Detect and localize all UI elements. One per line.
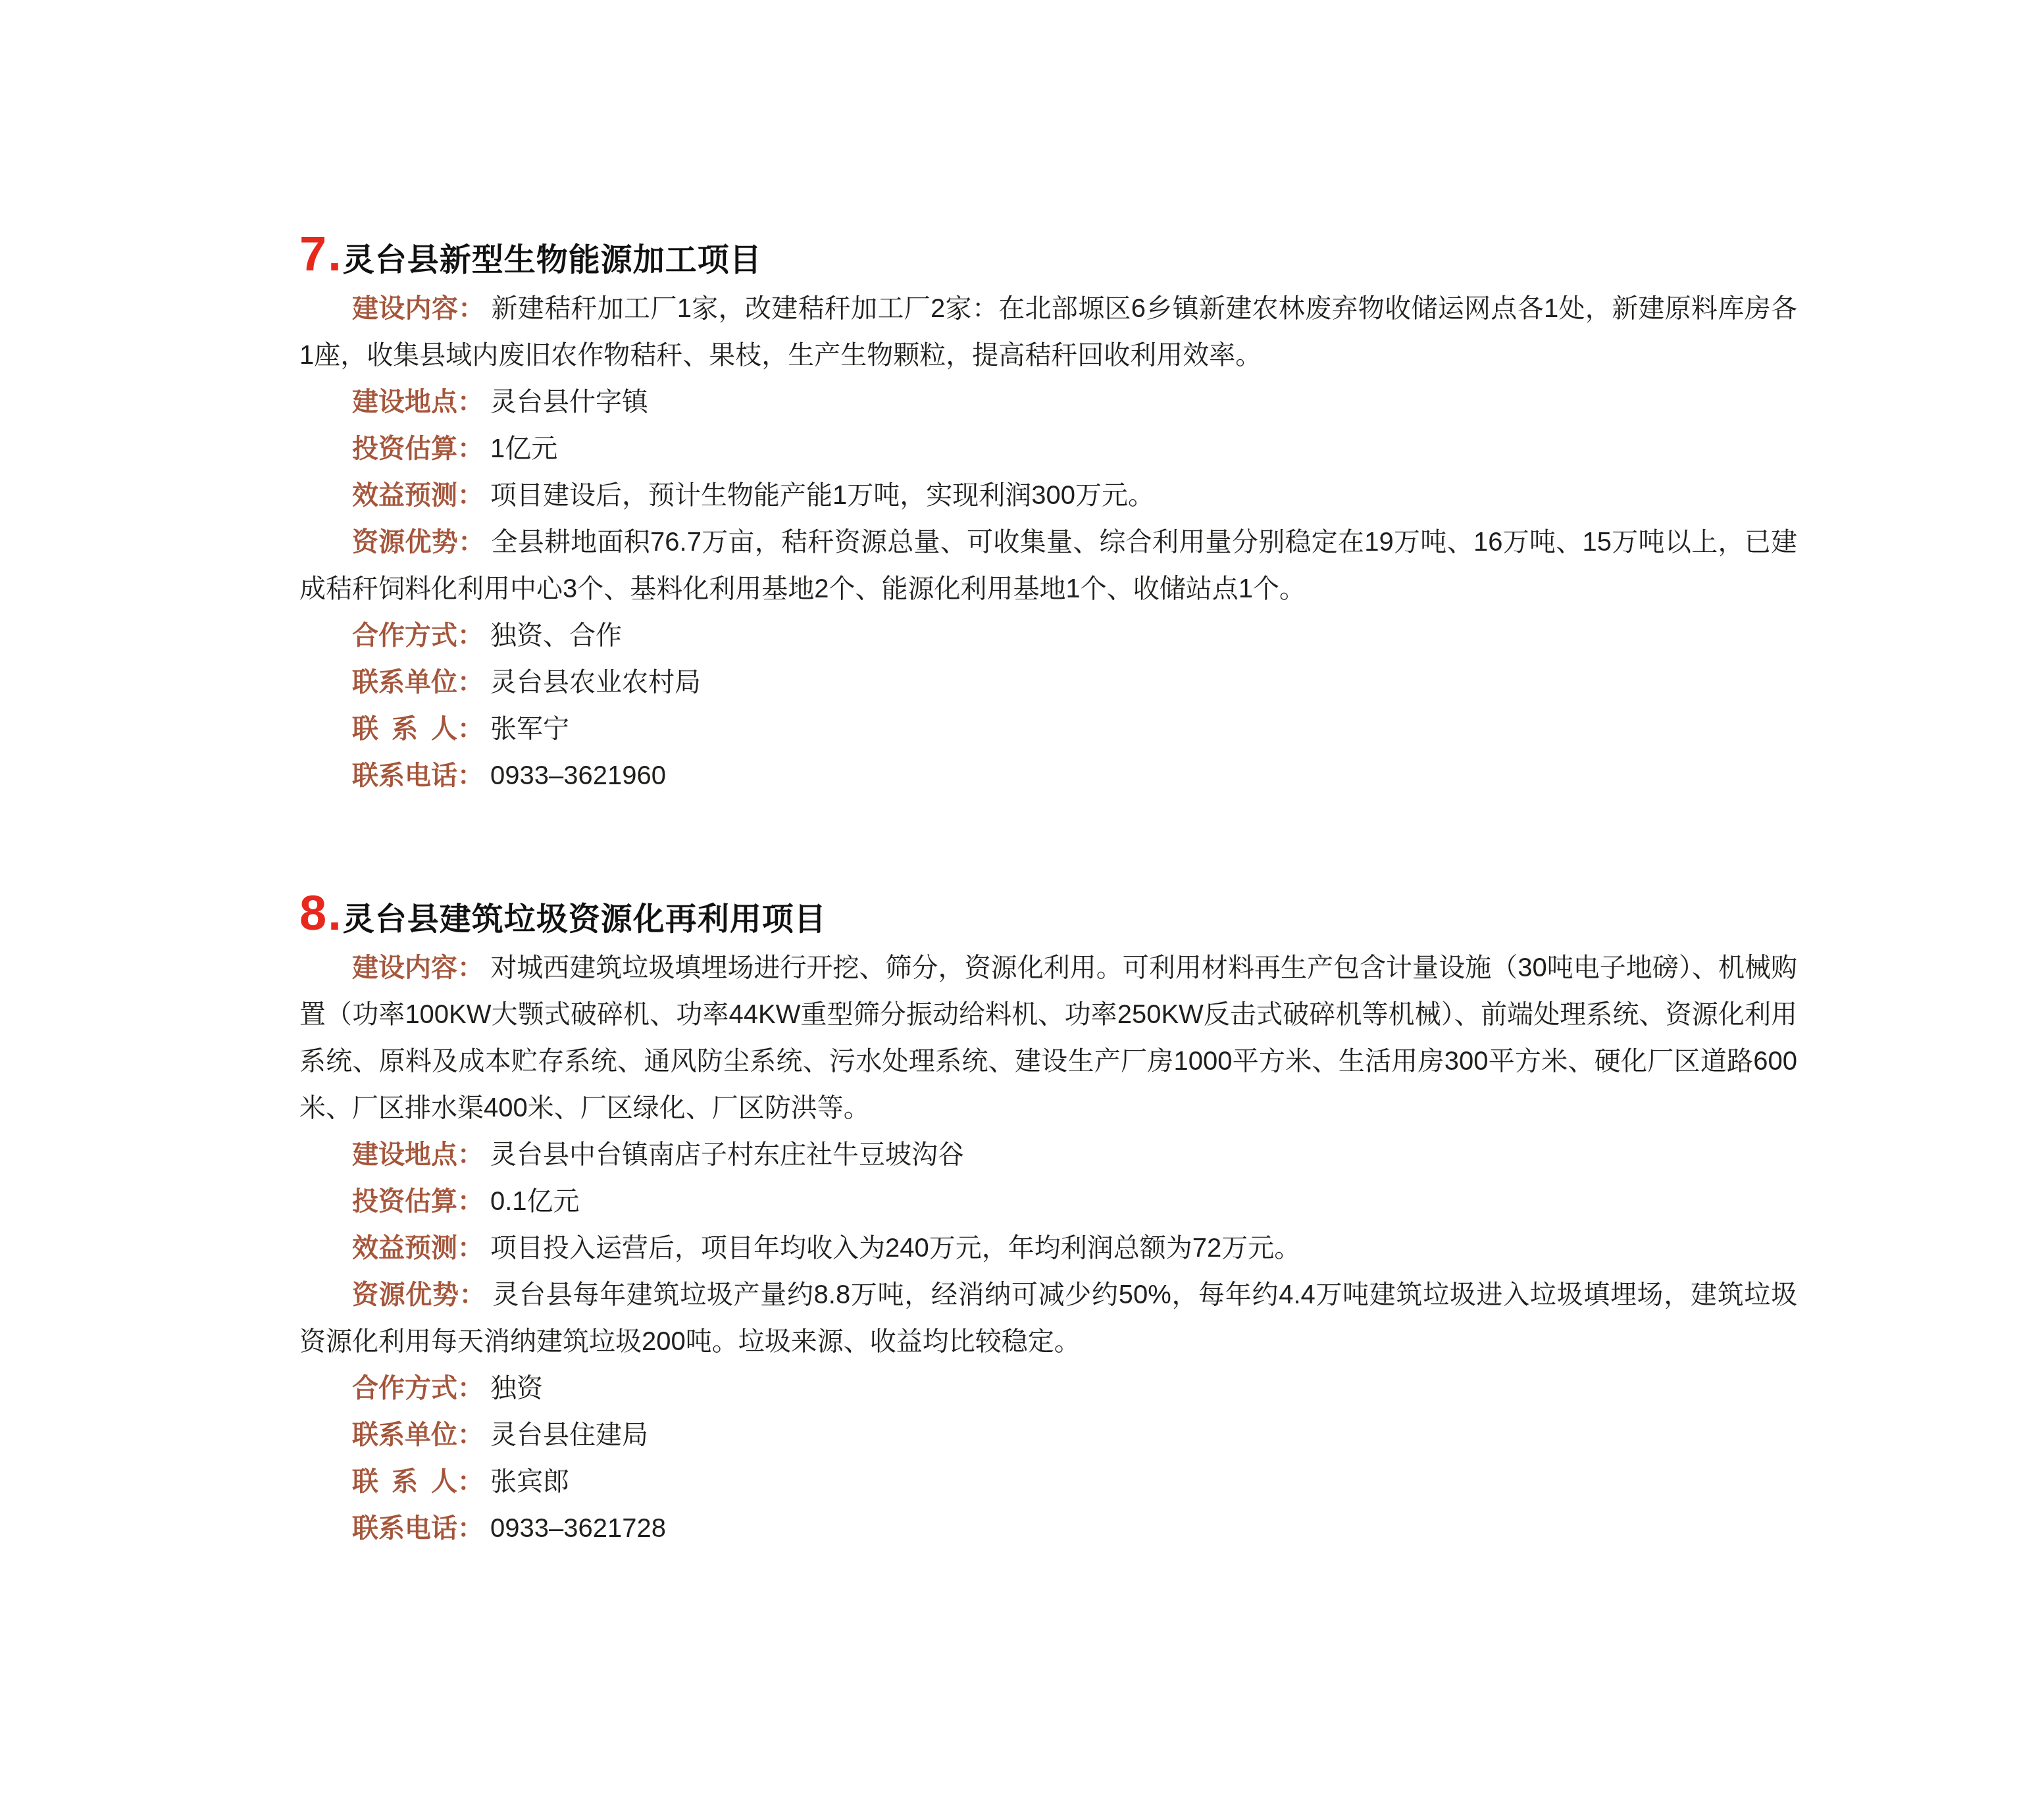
field-text: 灵台县农业农村局 bbox=[490, 668, 701, 697]
section-number: 8. bbox=[299, 886, 343, 940]
field-label: 资源优势： bbox=[352, 1280, 486, 1309]
project-section-7: 7.灵台县新型生物能源加工项目 建设内容：新建秸秆加工厂1家，改建秸秆加工厂2家… bbox=[299, 222, 1797, 799]
field-text: 独资 bbox=[490, 1374, 543, 1403]
field-label: 建设内容： bbox=[352, 953, 484, 982]
field-paragraph: 合作方式：独资 bbox=[299, 1365, 1797, 1412]
field-paragraph: 投资估算：0.1亿元 bbox=[299, 1178, 1797, 1225]
field-paragraph: 联系电话：0933–3621960 bbox=[299, 753, 1797, 799]
field-paragraph: 联 系 人：张军宁 bbox=[299, 706, 1797, 753]
field-text: 全县耕地面积76.7万亩，秸秆资源总量、可收集量、综合利用量分别稳定在19万吨、… bbox=[299, 528, 1797, 603]
field-paragraph: 资源优势：灵台县每年建筑垃圾产量约8.8万吨，经消纳可减少约50%，每年约4.4… bbox=[299, 1272, 1797, 1365]
field-label: 效益预测： bbox=[352, 1234, 484, 1263]
section-fields: 建设内容：新建秸秆加工厂1家，改建秸秆加工厂2家：在北部塬区6乡镇新建农林废弃物… bbox=[299, 286, 1797, 799]
project-section-8: 8.灵台县建筑垃圾资源化再利用项目 建设内容：对城西建筑垃圾填埋场进行开挖、筛分… bbox=[299, 882, 1797, 1552]
field-text: 项目建设后，预计生物能产能1万吨，实现利润300万元。 bbox=[490, 481, 1154, 510]
field-text: 张宾郎 bbox=[490, 1467, 569, 1496]
field-paragraph: 建设内容：对城西建筑垃圾填埋场进行开挖、筛分，资源化利用。可利用材料再生产包含计… bbox=[299, 945, 1797, 1132]
field-label: 联 系 人： bbox=[352, 1467, 484, 1496]
field-label: 建设地点： bbox=[352, 1140, 484, 1169]
field-paragraph: 合作方式：独资、合作 bbox=[299, 613, 1797, 659]
field-label: 联系单位： bbox=[352, 668, 484, 697]
field-text: 灵台县什字镇 bbox=[490, 388, 648, 416]
section-title: 灵台县新型生物能源加工项目 bbox=[343, 243, 762, 278]
field-label: 资源优势： bbox=[352, 528, 484, 557]
field-label: 联系单位： bbox=[352, 1421, 484, 1449]
section-heading: 7.灵台县新型生物能源加工项目 bbox=[299, 222, 1797, 286]
section-heading: 8.灵台县建筑垃圾资源化再利用项目 bbox=[299, 882, 1797, 945]
field-text: 独资、合作 bbox=[490, 621, 622, 650]
document-page: 7.灵台县新型生物能源加工项目 建设内容：新建秸秆加工厂1家，改建秸秆加工厂2家… bbox=[0, 0, 2044, 1812]
section-number: 7. bbox=[299, 226, 343, 281]
field-label: 合作方式： bbox=[352, 621, 484, 650]
field-label: 联系电话： bbox=[352, 1514, 484, 1543]
field-text: 0933–3621728 bbox=[490, 1514, 666, 1543]
field-paragraph: 建设内容：新建秸秆加工厂1家，改建秸秆加工厂2家：在北部塬区6乡镇新建农林废弃物… bbox=[299, 286, 1797, 379]
field-label: 建设地点： bbox=[352, 388, 484, 416]
section-title: 灵台县建筑垃圾资源化再利用项目 bbox=[343, 902, 827, 937]
field-text: 0933–3621960 bbox=[490, 761, 666, 790]
section-fields: 建设内容：对城西建筑垃圾填埋场进行开挖、筛分，资源化利用。可利用材料再生产包含计… bbox=[299, 945, 1797, 1552]
field-paragraph: 建设地点：灵台县中台镇南店子村东庄社牛豆坡沟谷 bbox=[299, 1132, 1797, 1178]
field-paragraph: 效益预测：项目建设后，预计生物能产能1万吨，实现利润300万元。 bbox=[299, 472, 1797, 519]
field-paragraph: 效益预测：项目投入运营后，项目年均收入为240万元，年均利润总额为72万元。 bbox=[299, 1225, 1797, 1272]
field-text: 新建秸秆加工厂1家，改建秸秆加工厂2家：在北部塬区6乡镇新建农林废弃物收储运网点… bbox=[299, 294, 1797, 370]
field-text: 对城西建筑垃圾填埋场进行开挖、筛分，资源化利用。可利用材料再生产包含计量设施（3… bbox=[299, 953, 1797, 1122]
field-label: 联 系 人： bbox=[352, 715, 484, 743]
field-paragraph: 联系单位：灵台县住建局 bbox=[299, 1412, 1797, 1459]
field-text: 1亿元 bbox=[490, 434, 557, 463]
field-paragraph: 资源优势：全县耕地面积76.7万亩，秸秆资源总量、可收集量、综合利用量分别稳定在… bbox=[299, 519, 1797, 613]
field-text: 灵台县每年建筑垃圾产量约8.8万吨，经消纳可减少约50%，每年约4.4万吨建筑垃… bbox=[299, 1280, 1797, 1356]
field-paragraph: 建设地点：灵台县什字镇 bbox=[299, 379, 1797, 426]
field-paragraph: 联系电话：0933–3621728 bbox=[299, 1505, 1797, 1552]
field-text: 张军宁 bbox=[490, 715, 569, 743]
field-text: 灵台县中台镇南店子村东庄社牛豆坡沟谷 bbox=[490, 1140, 964, 1169]
field-text: 灵台县住建局 bbox=[490, 1421, 648, 1449]
field-label: 建设内容： bbox=[352, 294, 485, 323]
field-text: 0.1亿元 bbox=[490, 1187, 580, 1216]
field-text: 项目投入运营后，项目年均收入为240万元，年均利润总额为72万元。 bbox=[490, 1234, 1300, 1263]
field-label: 合作方式： bbox=[352, 1374, 484, 1403]
field-label: 效益预测： bbox=[352, 481, 484, 510]
field-label: 投资估算： bbox=[352, 1187, 484, 1216]
field-label: 投资估算： bbox=[352, 434, 484, 463]
field-paragraph: 联 系 人：张宾郎 bbox=[299, 1459, 1797, 1505]
field-paragraph: 投资估算：1亿元 bbox=[299, 426, 1797, 472]
field-label: 联系电话： bbox=[352, 761, 484, 790]
field-paragraph: 联系单位：灵台县农业农村局 bbox=[299, 659, 1797, 706]
